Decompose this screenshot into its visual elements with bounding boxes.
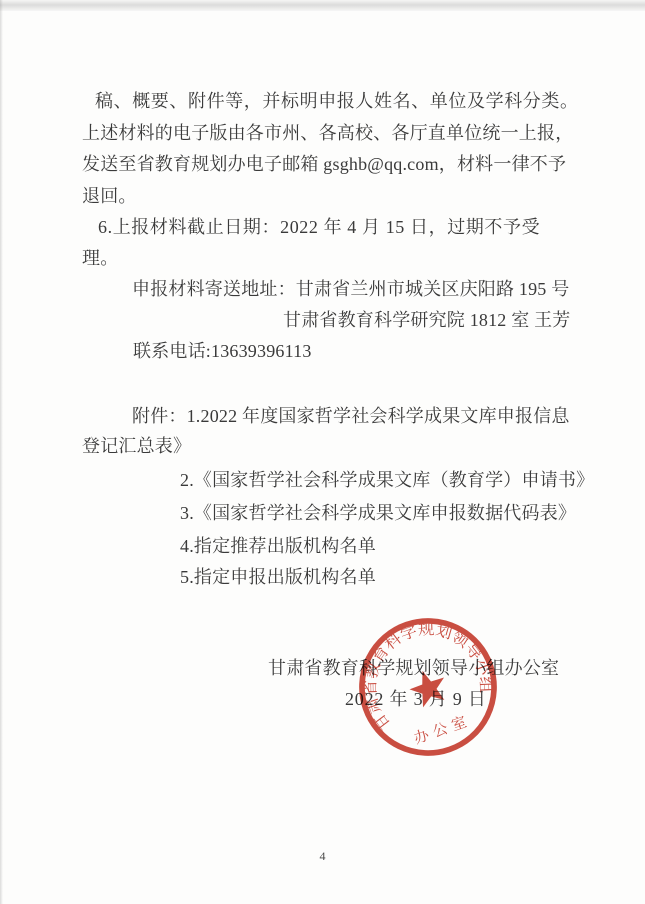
address-line-office: 甘肃省教育科学研究院 1812 室 王芳 (283, 310, 571, 330)
attachment-line-3: 3.《国家哲学社会科学成果文库申报数据代码表》 (180, 503, 576, 523)
attachment-line-4: 4.指定推荐出版机构名单 (180, 536, 376, 556)
page-number: 4 (0, 849, 645, 864)
official-seal-stamp: 甘肃省教育科学规划领导小组 办公室 (357, 616, 499, 758)
official-seal-svg: 甘肃省教育科学规划领导小组 办公室 (357, 616, 499, 758)
attachment-line-1: 附件：1.2022 年度国家哲学社会科学成果文库申报信息 (132, 406, 570, 426)
body-line-deadline-2: 理。 (82, 248, 118, 268)
body-line-upload-2: 上述材料的电子版由各市州、各高校、各厅直单位统一上报， (82, 123, 573, 143)
document-page: 稿、概要、附件等，并标明申报人姓名、单位及学科分类。 上述材料的电子版由各市州、… (0, 0, 645, 904)
scan-artifact-top-band (0, 0, 645, 11)
body-line-upload-4: 退回。 (82, 186, 137, 206)
seal-arc-text: 甘肃省教育科学规划领导小组 (357, 616, 499, 736)
attachment-line-1b: 登记汇总表》 (82, 436, 191, 456)
seal-star-icon (405, 665, 451, 710)
scan-artifact-left-edge (0, 0, 3, 904)
body-line-deadline-1: 6.上报材料截止日期：2022 年 4 月 15 日，过期不予受 (98, 217, 540, 237)
address-line-phone: 联系电话:13639396113 (133, 341, 312, 361)
attachment-line-5: 5.指定申报出版机构名单 (180, 567, 376, 587)
seal-arc-text-holder: 甘肃省教育科学规划领导小组 (357, 616, 499, 736)
attachment-line-2: 2.《国家哲学社会科学成果文库（教育学）申请书》 (180, 470, 594, 490)
body-line-upload-email: 发送至省教育规划办电子邮箱 gsghb@qq.com，材料一律不予 (82, 154, 566, 174)
address-line-mailing: 申报材料寄送地址：甘肃省兰州市城关区庆阳路 195 号 (132, 279, 569, 299)
body-line-upload-1: 稿、概要、附件等，并标明申报人姓名、单位及学科分类。 (95, 91, 579, 111)
